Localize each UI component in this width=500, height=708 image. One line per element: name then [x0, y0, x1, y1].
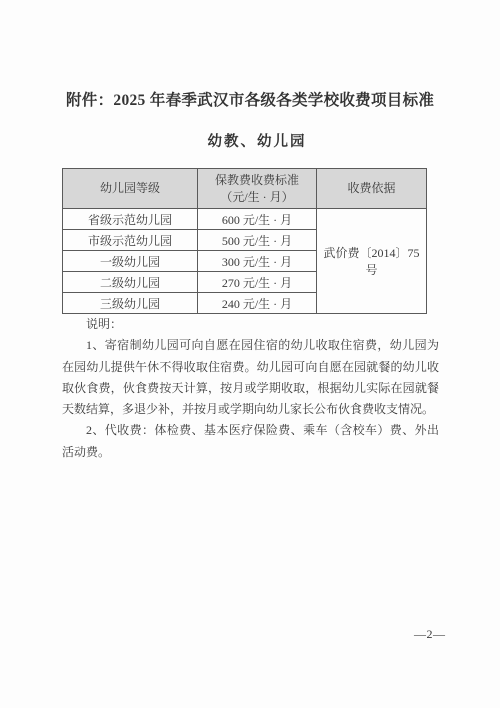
document-page: 附件：2025 年春季武汉市各级各类学校收费项目标准 幼教、幼儿园 幼儿园等级 … — [0, 0, 500, 708]
cell-fee: 300 元/生 · 月 — [198, 251, 317, 272]
cell-fee: 240 元/生 · 月 — [198, 293, 317, 314]
header-kindergarten-level: 幼儿园等级 — [63, 169, 198, 209]
notes-section: 说明： 1、寄宿制幼儿园可向自愿在园住宿的幼儿收取住宿费，幼儿园为在园幼儿提供午… — [62, 314, 439, 463]
cell-level: 一级幼儿园 — [63, 251, 198, 272]
cell-fee-basis: 武价费〔2014〕75 号 — [317, 209, 427, 314]
section-subtitle: 幼教、幼儿园 — [0, 130, 500, 151]
fee-table: 幼儿园等级 保教费收费标准 （元/生 · 月） 收费依据 省级示范幼儿园 600… — [62, 168, 427, 314]
notes-label: 说明： — [62, 314, 439, 335]
cell-fee: 270 元/生 · 月 — [198, 272, 317, 293]
cell-level: 三级幼儿园 — [63, 293, 198, 314]
note-item-1: 1、寄宿制幼儿园可向自愿在园住宿的幼儿收取住宿费，幼儿园为在园幼儿提供午休不得收… — [62, 335, 439, 420]
header-fee-standard: 保教费收费标准 （元/生 · 月） — [198, 169, 317, 209]
cell-fee: 500 元/生 · 月 — [198, 230, 317, 251]
header-fee-standard-line2: （元/生 · 月） — [198, 189, 316, 206]
cell-fee: 600 元/生 · 月 — [198, 209, 317, 230]
page-title: 附件：2025 年春季武汉市各级各类学校收费项目标准 — [66, 88, 446, 110]
cell-level: 市级示范幼儿园 — [63, 230, 198, 251]
table-header-row: 幼儿园等级 保教费收费标准 （元/生 · 月） 收费依据 — [63, 169, 427, 209]
cell-level: 省级示范幼儿园 — [63, 209, 198, 230]
header-fee-standard-line1: 保教费收费标准 — [198, 172, 316, 189]
note-item-2: 2、代收费：体检费、基本医疗保险费、乘车（含校车）费、外出活动费。 — [62, 420, 439, 463]
table-row: 省级示范幼儿园 600 元/生 · 月 武价费〔2014〕75 号 — [63, 209, 427, 230]
page-number: —2— — [414, 627, 446, 642]
header-fee-basis: 收费依据 — [317, 169, 427, 209]
cell-level: 二级幼儿园 — [63, 272, 198, 293]
